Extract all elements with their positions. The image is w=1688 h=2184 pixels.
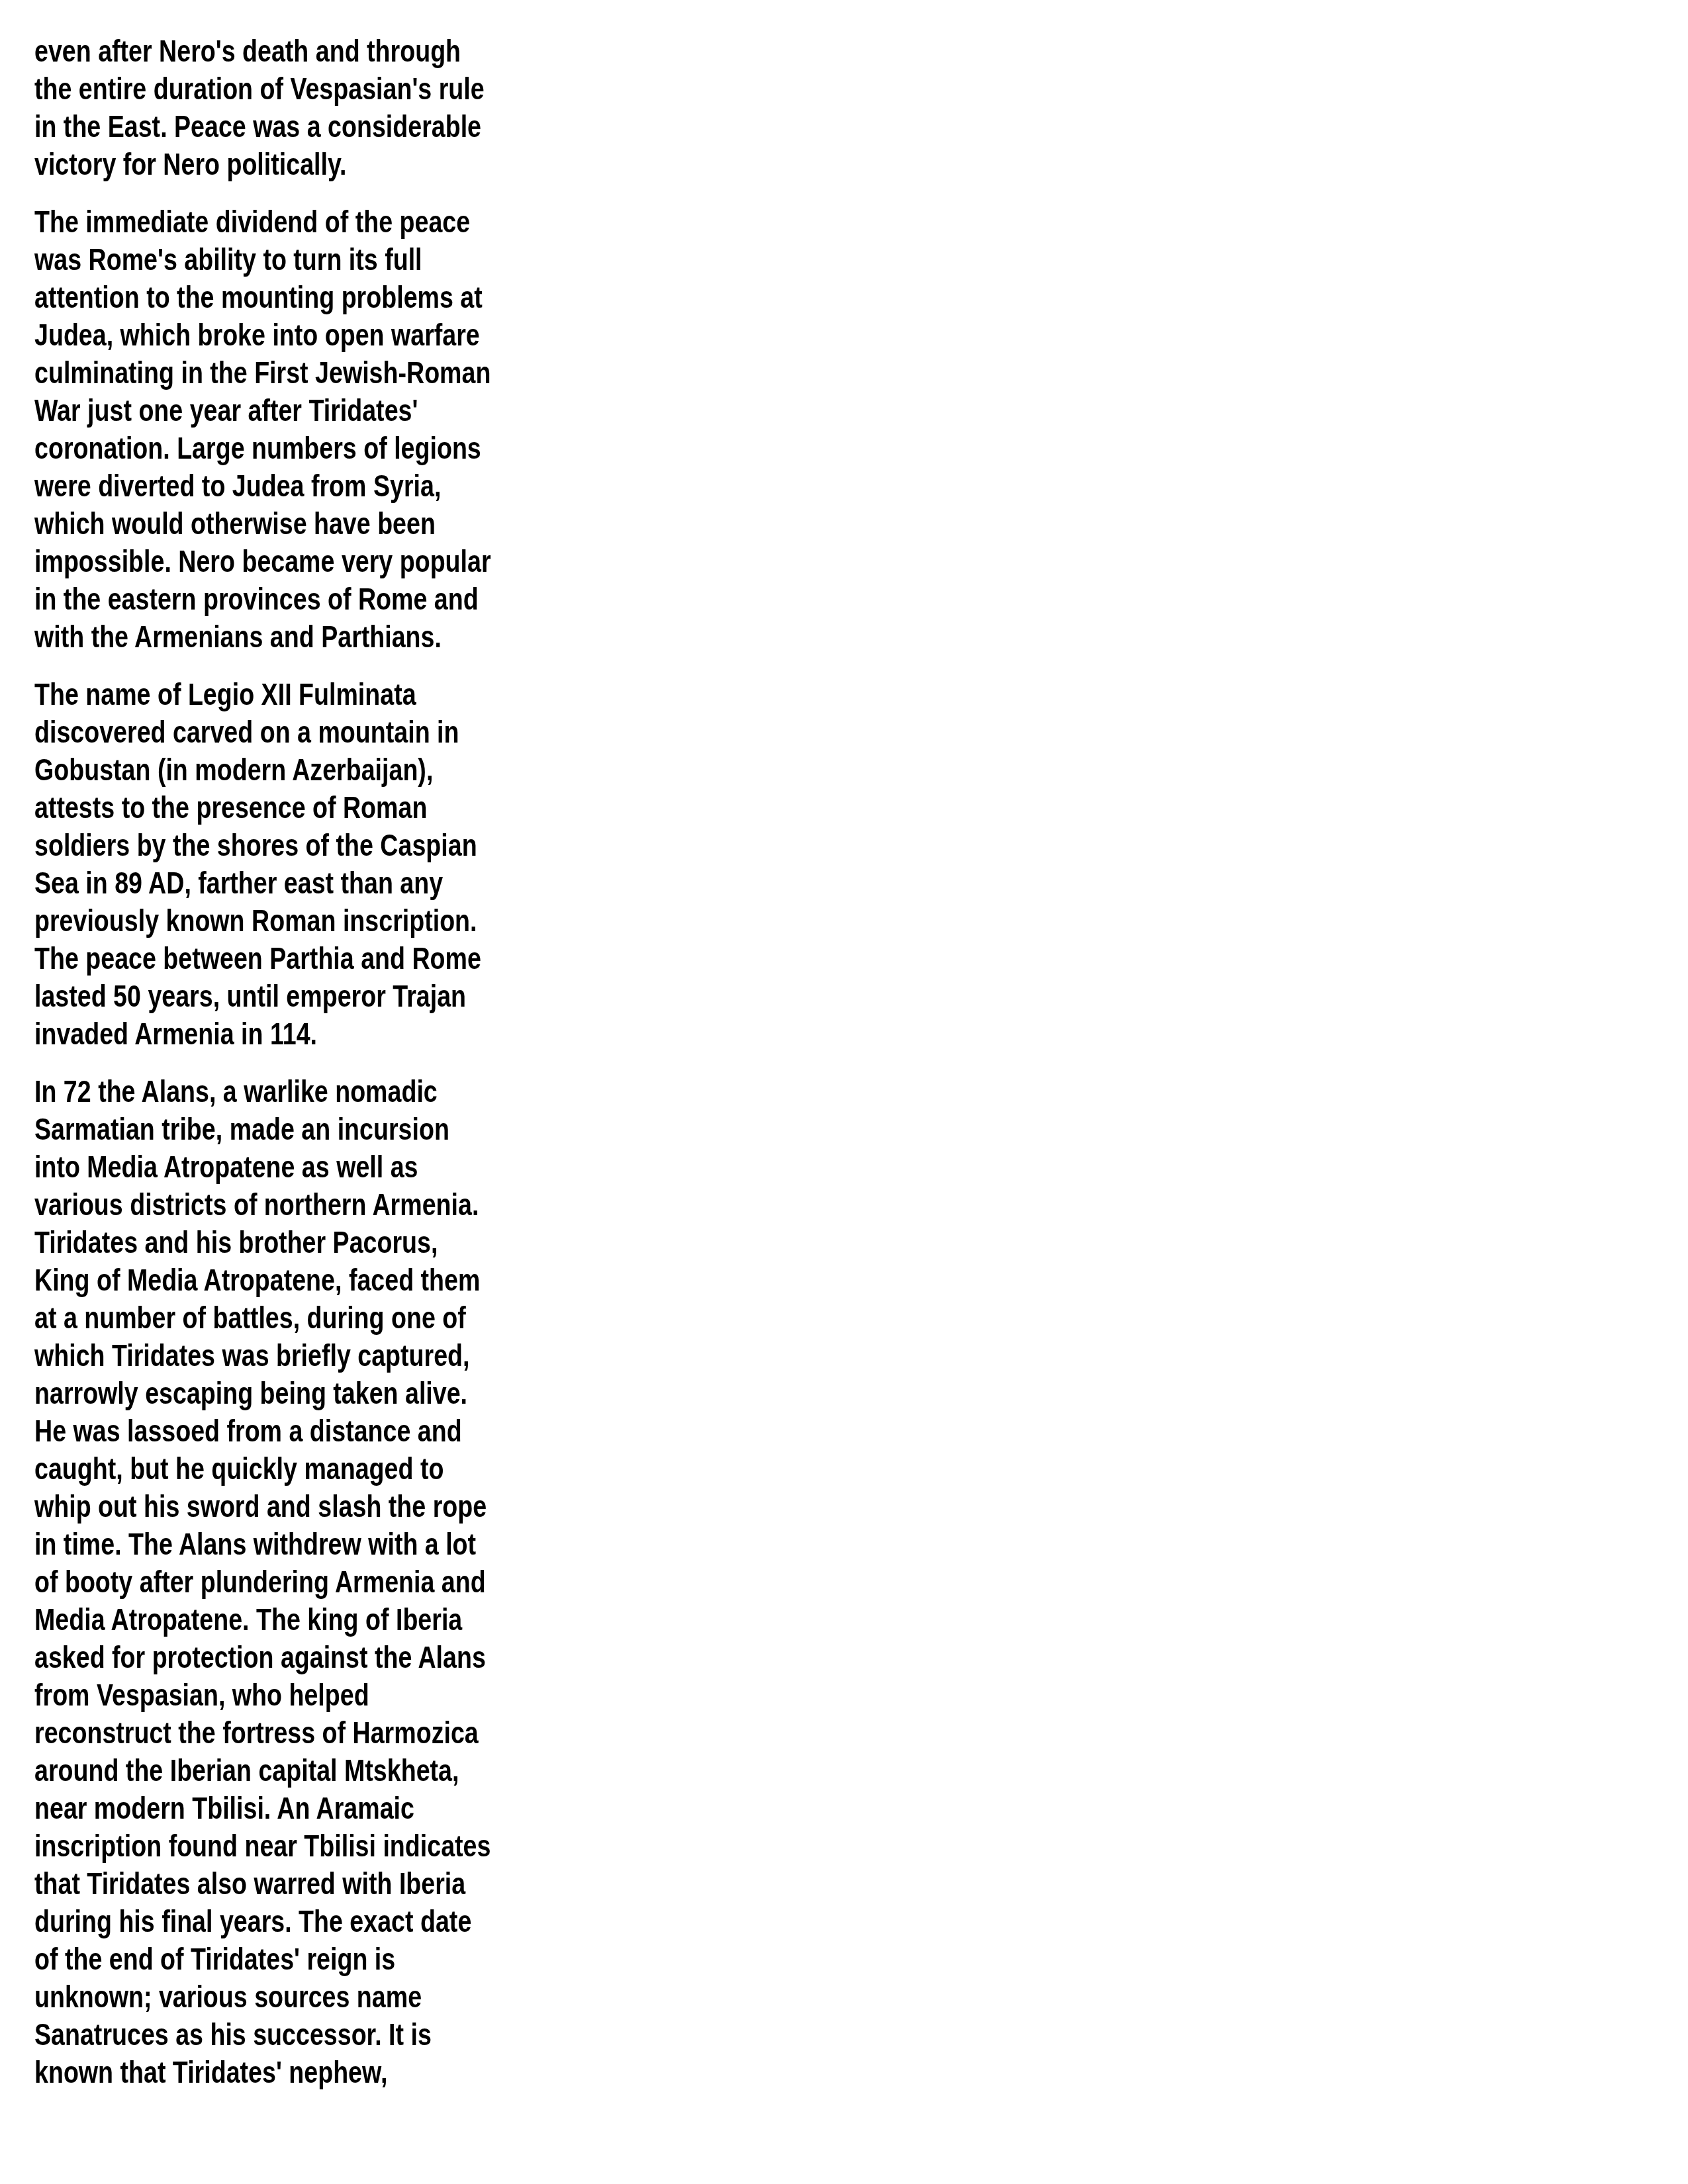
text-line: even after Nero's death and through: [34, 32, 617, 69]
text-line: around the Iberian capital Mtskheta,: [34, 1751, 617, 1789]
paragraph-2: The immediate dividend of the peace was …: [34, 203, 763, 655]
text-line: known that Tiridates' nephew,: [34, 2053, 617, 2091]
text-line: narrowly escaping being taken alive.: [34, 1374, 617, 1412]
text-line: Gobustan (in modern Azerbaijan),: [34, 751, 617, 788]
text-line: in time. The Alans withdrew with a lot: [34, 1525, 617, 1563]
text-line: Sanatruces as his successor. It is: [34, 2015, 617, 2053]
text-line: that Tiridates also warred with Iberia: [34, 1864, 617, 1902]
text-line: culminating in the First Jewish-Roman: [34, 353, 617, 391]
text-line: discovered carved on a mountain in: [34, 713, 617, 751]
text-line: at a number of battles, during one of: [34, 1298, 617, 1336]
text-line: attests to the presence of Roman: [34, 788, 617, 826]
text-line: with the Armenians and Parthians.: [34, 617, 617, 655]
text-line: In 72 the Alans, a warlike nomadic: [34, 1072, 617, 1110]
text-line: The peace between Parthia and Rome: [34, 939, 617, 977]
text-line: unknown; various sources name: [34, 1978, 617, 2015]
text-line: He was lassoed from a distance and: [34, 1412, 617, 1449]
text-line: soldiers by the shores of the Caspian: [34, 826, 617, 864]
text-line: in the eastern provinces of Rome and: [34, 580, 617, 617]
text-line: during his final years. The exact date: [34, 1902, 617, 1940]
text-line: of booty after plundering Armenia and: [34, 1563, 617, 1600]
text-line: was Rome's ability to turn its full: [34, 240, 617, 278]
text-line: were diverted to Judea from Syria,: [34, 467, 617, 504]
text-line: various districts of northern Armenia.: [34, 1185, 617, 1223]
text-line: reconstruct the fortress of Harmozica: [34, 1713, 617, 1751]
text-line: from Vespasian, who helped: [34, 1676, 617, 1713]
paragraph-1: even after Nero's death and through the …: [34, 32, 763, 183]
text-line: into Media Atropatene as well as: [34, 1148, 617, 1185]
text-line: which Tiridates was briefly captured,: [34, 1336, 617, 1374]
text-column: even after Nero's death and through the …: [34, 32, 763, 2111]
text-line: The name of Legio XII Fulminata: [34, 675, 617, 713]
text-line: coronation. Large numbers of legions: [34, 429, 617, 467]
paragraph-4: In 72 the Alans, a warlike nomadic Sarma…: [34, 1072, 763, 2091]
text-line: Sarmatian tribe, made an incursion: [34, 1110, 617, 1148]
text-line: Tiridates and his brother Pacorus,: [34, 1223, 617, 1261]
text-line: of the end of Tiridates' reign is: [34, 1940, 617, 1978]
text-line: Media Atropatene. The king of Iberia: [34, 1600, 617, 1638]
text-line: impossible. Nero became very popular: [34, 542, 617, 580]
text-line: the entire duration of Vespasian's rule: [34, 69, 617, 107]
text-line: whip out his sword and slash the rope: [34, 1487, 617, 1525]
document-page: even after Nero's death and through the …: [0, 0, 1688, 2184]
text-line: lasted 50 years, until emperor Trajan: [34, 977, 617, 1015]
text-line: near modern Tbilisi. An Aramaic: [34, 1789, 617, 1827]
text-line: asked for protection against the Alans: [34, 1638, 617, 1676]
text-line: attention to the mounting problems at: [34, 278, 617, 316]
text-line: Judea, which broke into open warfare: [34, 316, 617, 353]
text-line: The immediate dividend of the peace: [34, 203, 617, 240]
text-line: Sea in 89 AD, farther east than any: [34, 864, 617, 901]
text-line: inscription found near Tbilisi indicates: [34, 1827, 617, 1864]
text-line: which would otherwise have been: [34, 504, 617, 542]
text-line: War just one year after Tiridates': [34, 391, 617, 429]
text-line: King of Media Atropatene, faced them: [34, 1261, 617, 1298]
paragraph-3: The name of Legio XII Fulminata discover…: [34, 675, 763, 1052]
text-line: victory for Nero politically.: [34, 145, 617, 183]
text-line: previously known Roman inscription.: [34, 901, 617, 939]
text-line: invaded Armenia in 114.: [34, 1015, 617, 1052]
text-line: caught, but he quickly managed to: [34, 1449, 617, 1487]
text-line: in the East. Peace was a considerable: [34, 107, 617, 145]
